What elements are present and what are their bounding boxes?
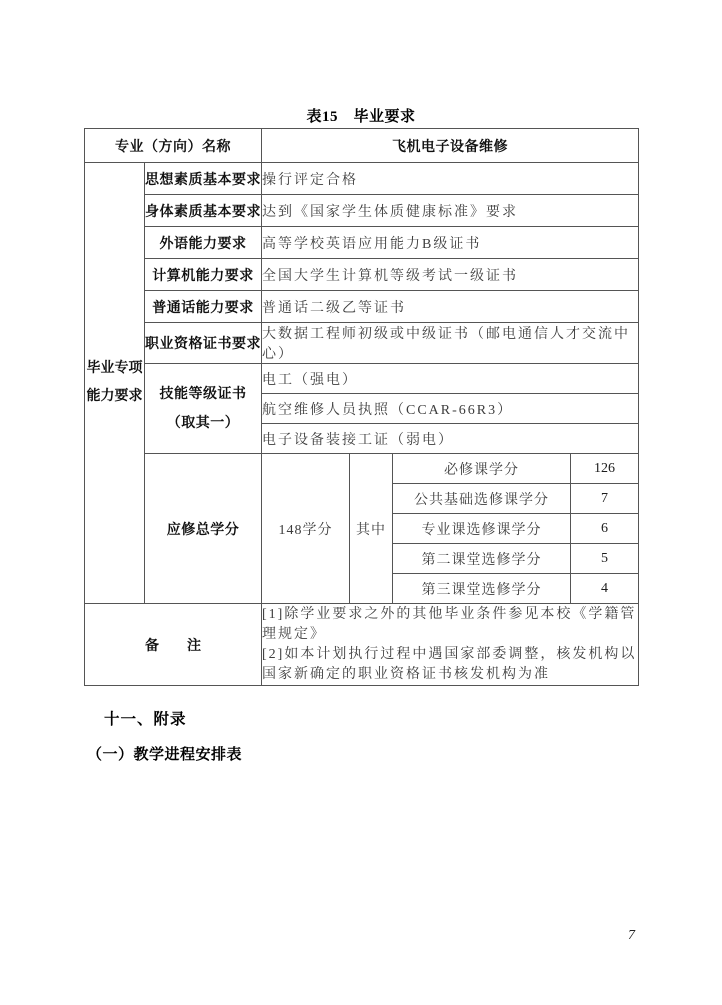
requirement-label: 计算机能力要求 [145, 259, 262, 291]
table-row: 普通话能力要求 普通话二级乙等证书 [85, 291, 639, 323]
requirement-label: 普通话能力要求 [145, 291, 262, 323]
credit-item-value: 6 [571, 514, 639, 544]
requirement-value: 大数据工程师初级或中级证书（邮电通信人才交流中心） [262, 323, 639, 364]
table-row: 技能等级证书 （取其一） 电工（强电） [85, 364, 639, 394]
table-row: 计算机能力要求 全国大学生计算机等级考试一级证书 [85, 259, 639, 291]
appendix-subheading: （一）教学进程安排表 [87, 743, 242, 764]
requirement-label: 思想素质基本要求 [145, 163, 262, 195]
remark-content-cell: [1]除学业要求之外的其他毕业条件参见本校《学籍管理规定》 [2]如本计划执行过… [262, 604, 639, 686]
remark-label: 备 注 [85, 604, 262, 686]
table-row: 应修总学分 148学分 其中 必修课学分 126 [85, 454, 639, 484]
appendix-heading: 十一、附录 [104, 707, 187, 729]
credit-item-name: 第二课堂选修学分 [393, 544, 571, 574]
requirement-value: 达到《国家学生体质健康标准》要求 [262, 195, 639, 227]
group-label-cell: 毕业专项能力要求 [85, 163, 145, 604]
requirement-value: 操行评定合格 [262, 163, 639, 195]
major-name-label: 专业（方向）名称 [85, 129, 262, 163]
table-row: 备 注 [1]除学业要求之外的其他毕业条件参见本校《学籍管理规定》 [2]如本计… [85, 604, 639, 686]
table-row: 毕业专项能力要求 思想素质基本要求 操行评定合格 [85, 163, 639, 195]
requirement-label: 身体素质基本要求 [145, 195, 262, 227]
table-title: 表15 毕业要求 [84, 105, 638, 126]
credit-item-name: 公共基础选修课学分 [393, 484, 571, 514]
graduation-requirements-table: 专业（方向）名称 飞机电子设备维修 毕业专项能力要求 思想素质基本要求 操行评定… [84, 128, 639, 686]
table-row: 职业资格证书要求 大数据工程师初级或中级证书（邮电通信人才交流中心） [85, 323, 639, 364]
requirement-label: 职业资格证书要求 [145, 323, 262, 364]
skill-cert-option: 电工（强电） [262, 364, 639, 394]
credit-item-name: 第三课堂选修学分 [393, 574, 571, 604]
credit-item-value: 126 [571, 454, 639, 484]
major-name-value: 飞机电子设备维修 [262, 129, 639, 163]
credits-label: 应修总学分 [145, 454, 262, 604]
remark-line: [1]除学业要求之外的其他毕业条件参见本校《学籍管理规定》 [262, 605, 638, 645]
skill-cert-option: 电子设备装接工证（弱电） [262, 424, 639, 454]
remark-line: [2]如本计划执行过程中遇国家部委调整，核发机构以国家新确定的职业资格证书核发机… [262, 645, 638, 685]
skill-cert-label: 技能等级证书 [145, 380, 261, 409]
requirement-value: 普通话二级乙等证书 [262, 291, 639, 323]
requirement-label: 外语能力要求 [145, 227, 262, 259]
requirement-value: 全国大学生计算机等级考试一级证书 [262, 259, 639, 291]
credits-among-label: 其中 [350, 454, 393, 604]
credit-item-value: 5 [571, 544, 639, 574]
skill-cert-label-cell: 技能等级证书 （取其一） [145, 364, 262, 454]
table-row: 外语能力要求 高等学校英语应用能力B级证书 [85, 227, 639, 259]
table-row: 身体素质基本要求 达到《国家学生体质健康标准》要求 [85, 195, 639, 227]
credit-item-name: 专业课选修课学分 [393, 514, 571, 544]
credit-item-value: 7 [571, 484, 639, 514]
skill-cert-note: （取其一） [145, 409, 261, 438]
document-page: 表15 毕业要求 专业（方向）名称 飞机电子设备维修 毕业专项能力要求 思想素质… [0, 0, 722, 1005]
table-row: 专业（方向）名称 飞机电子设备维修 [85, 129, 639, 163]
credit-item-value: 4 [571, 574, 639, 604]
requirement-value: 高等学校英语应用能力B级证书 [262, 227, 639, 259]
skill-cert-option: 航空维修人员执照（CCAR-66R3） [262, 394, 639, 424]
credits-total: 148学分 [262, 454, 350, 604]
page-number: 7 [628, 928, 635, 944]
credit-item-name: 必修课学分 [393, 454, 571, 484]
